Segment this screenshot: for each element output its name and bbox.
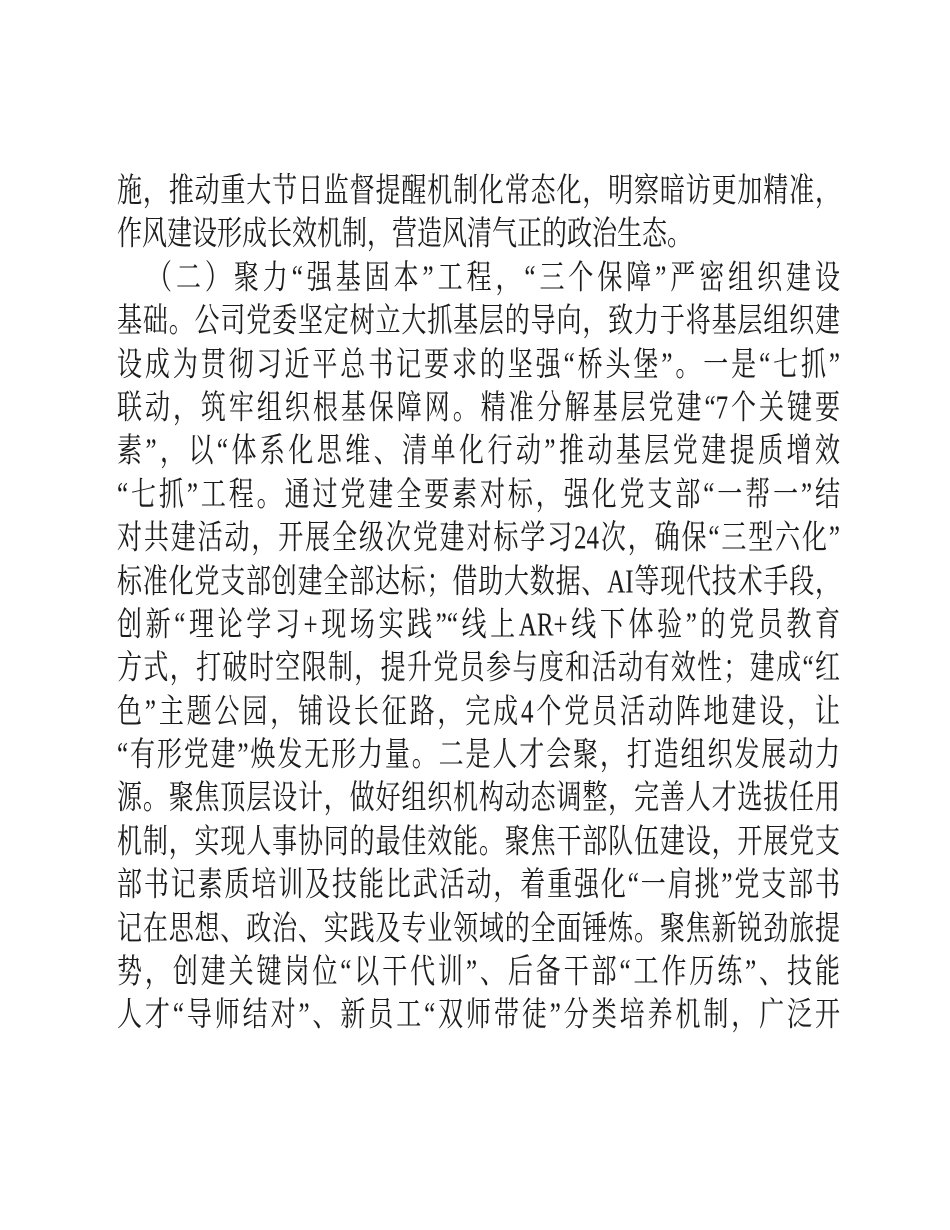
document-page: 施，推动重大节日监督提醒机制化常态化，明察暗访更加精准， 作风建设形成长效机制，… [0, 0, 950, 1230]
text-line: 人才“导师结对”、新员工“双师带徒”分类培养机制，广泛开 [117, 987, 840, 1046]
text-block: 施，推动重大节日监督提醒机制化常态化，明察暗访更加精准， 作风建设形成长效机制，… [117, 170, 840, 1038]
